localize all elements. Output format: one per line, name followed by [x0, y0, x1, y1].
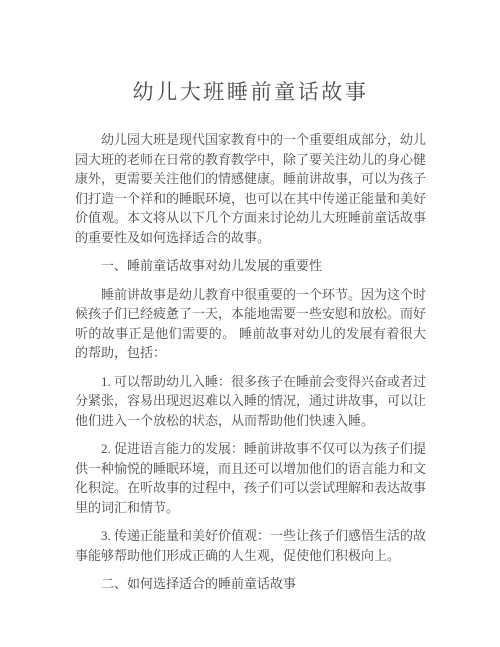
intro-paragraph: 幼儿园大班是现代国家教育中的一个重要组成部分，幼儿园大班的老师在日常的教育教学中… — [75, 130, 426, 247]
document-page: 幼儿大班睡前童话故事 幼儿园大班是现代国家教育中的一个重要组成部分，幼儿园大班的… — [0, 0, 500, 647]
section-heading-2: 二、如何选择适合的睡前童话故事 — [75, 574, 426, 594]
section-1-paragraph: 睡前讲故事是幼儿教育中很重要的一个环节。因为这个时候孩子们已经疲惫了一天，本能地… — [75, 285, 426, 363]
list-item-3: 3. 传递正能量和美好价值观：一些让孩子们感悟生活的故事能够帮助他们形成正确的人… — [75, 526, 426, 565]
list-item-1: 1. 可以帮助幼儿入睡：很多孩子在睡前会变得兴奋或者过分紧张，容易出现迟迟难以入… — [75, 372, 426, 431]
section-heading-1: 一、睡前童话故事对幼儿发展的重要性 — [75, 256, 426, 276]
list-item-2: 2. 促进语言能力的发展：睡前讲故事不仅可以为孩子们提供一种愉悦的睡眠环境，而且… — [75, 439, 426, 517]
document-title: 幼儿大班睡前童话故事 — [75, 78, 426, 106]
